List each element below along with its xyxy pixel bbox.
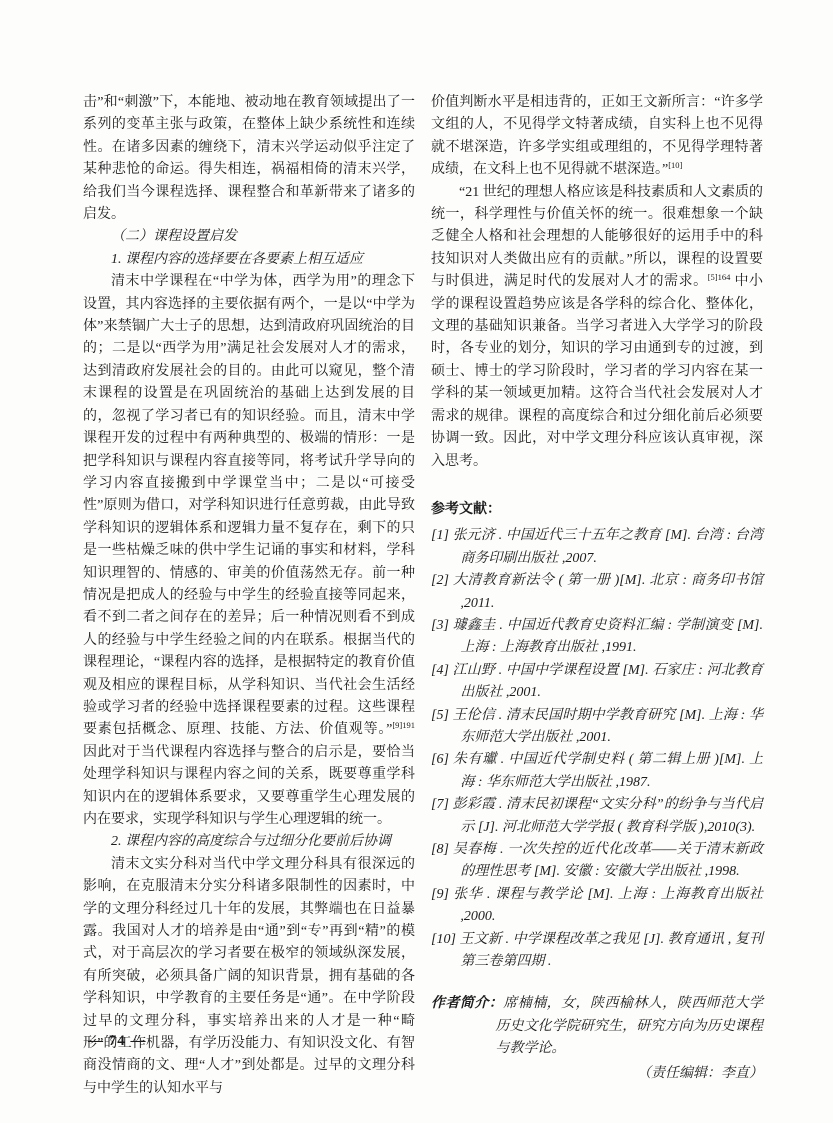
left-column: 击”和“刺激”下，本能地、被动地在教育领域提出了一系列的变革主张与政策，在整体上…	[83, 92, 415, 1100]
page-number: — 74 —	[88, 1033, 147, 1050]
subsection-heading-1: 1. 课程内容的选择要在各要素上相互适应	[83, 249, 415, 271]
reference-number: [8]	[431, 842, 449, 857]
paragraph-text: 价值判断水平是相违背的，正如王文新所言：“许多学文组的人，不见得学文特著成绩，自…	[431, 95, 763, 177]
paragraph-text: 因此对于当代课程内容选择与整合的启示是，要恰当处理学科知识与课程内容之间的关系，…	[83, 745, 415, 827]
reference-text: 张华 . 课程与教学论 [M]. 上海 : 上海教育出版社 ,2000.	[453, 887, 763, 924]
citation-superscript: [9]191	[392, 720, 415, 730]
reference-text: 大清教育新法令 ( 第一册 )[M]. 北京 : 商务印书馆 ,2011.	[453, 573, 763, 610]
paragraph-course-selection: 清末中学课程在“中学为体，西学为用”的理念下设置，其内容选择的主要依据有两个，一…	[83, 271, 415, 831]
editor-note: （责任编辑：李直）	[431, 1063, 763, 1085]
reference-number: [7]	[431, 797, 449, 812]
section-heading: （二）课程设置启发	[83, 226, 415, 248]
reference-item: [6] 朱有瓛 . 中国近代学制史料 ( 第二辑上册 )[M]. 上海 : 华东…	[431, 749, 763, 794]
paragraph-text: 清末中学课程在“中学为体，西学为用”的理念下设置，其内容选择的主要依据有两个，一…	[83, 274, 415, 737]
citation-superscript: [10]	[668, 160, 682, 170]
author-bio-label: 作者简介：	[431, 996, 503, 1011]
reference-item: [8] 吴春梅 . 一次失控的近代化改革——关于清末新政的理性思考 [M]. 安…	[431, 839, 763, 884]
author-bio: 作者简介：席楠楠，女，陕西榆林人，陕西师范大学历史文化学院研究生，研究方向为历史…	[431, 993, 763, 1060]
paragraph-ideal-personality: “21 世纪的理想人格应该是科技素质和人文素质的统一，科学理性与价值关怀的统一。…	[431, 182, 763, 473]
journal-page: 击”和“刺激”下，本能地、被动地在教育领域提出了一系列的变革主张与政策，在整体上…	[0, 0, 833, 1123]
reference-text: 王文新 . 中学课程改革之我见 [J]. 教育通讯 , 复刊第三卷第四期 .	[460, 932, 763, 969]
citation-superscript: [5]164	[708, 272, 731, 282]
reference-text: 江山野 . 中国中学课程设置 [M]. 石家庄 : 河北教育出版社 ,2001.	[453, 663, 763, 700]
reference-item: [5] 王伦信 . 清末民国时期中学教育研究 [M]. 上海 : 华东师范大学出…	[431, 705, 763, 750]
reference-item: [10] 王文新 . 中学课程改革之我见 [J]. 教育通讯 , 复刊第三卷第四…	[431, 929, 763, 974]
reference-number: [2]	[431, 573, 449, 588]
paragraph-continuation: 击”和“刺激”下，本能地、被动地在教育领域提出了一系列的变革主张与政策，在整体上…	[83, 92, 415, 226]
two-column-layout: 击”和“刺激”下，本能地、被动地在教育领域提出了一系列的变革主张与政策，在整体上…	[0, 0, 833, 1100]
reference-number: [5]	[431, 708, 449, 723]
reference-number: [4]	[431, 663, 449, 678]
reference-item: [2] 大清教育新法令 ( 第一册 )[M]. 北京 : 商务印书馆 ,2011…	[431, 570, 763, 615]
reference-item: [9] 张华 . 课程与教学论 [M]. 上海 : 上海教育出版社 ,2000.	[431, 884, 763, 929]
reference-number: [3]	[431, 618, 449, 633]
references-heading: 参考文献：	[431, 499, 763, 521]
reference-text: 王伦信 . 清末民国时期中学教育研究 [M]. 上海 : 华东师范大学出版社 ,…	[453, 708, 763, 745]
subsection-heading-2: 2. 课程内容的高度综合与过细分化要前后协调	[83, 831, 415, 853]
reference-number: [10]	[431, 932, 456, 947]
reference-number: [6]	[431, 752, 449, 767]
reference-text: 张元济 . 中国近代三十五年之教育 [M]. 台湾 : 台湾商务印刷出版社 ,2…	[453, 528, 763, 565]
paragraph-continuation: 价值判断水平是相违背的，正如王文新所言：“许多学文组的人，不见得学文特著成绩，自…	[431, 92, 763, 182]
reference-item: [1] 张元济 . 中国近代三十五年之教育 [M]. 台湾 : 台湾商务印刷出版…	[431, 525, 763, 570]
reference-text: 彭彩霞 . 清末民初课程“文实分科”的纷争与当代启示 [J]. 河北师范大学学报…	[453, 797, 763, 834]
reference-text: 璩鑫圭 . 中国近代教育史资料汇编 : 学制演变 [M]. 上海 : 上海教育出…	[453, 618, 763, 655]
reference-item: [7] 彭彩霞 . 清末民初课程“文实分科”的纷争与当代启示 [J]. 河北师范…	[431, 794, 763, 839]
reference-text: 吴春梅 . 一次失控的近代化改革——关于清末新政的理性思考 [M]. 安徽 : …	[453, 842, 763, 879]
reference-number: [1]	[431, 528, 449, 543]
paragraph-text: 中小学的课程设置趋势应该是各学科的综合化、整体化，文理的基础知识兼备。当学习者进…	[431, 274, 763, 468]
reference-number: [9]	[431, 887, 449, 902]
paragraph-integration: 清末文实分科对当代中学文理分科具有很深远的影响，在克服清末分实分科诸多限制性的因…	[83, 854, 415, 1100]
right-column: 价值判断水平是相违背的，正如王文新所言：“许多学文组的人，不见得学文特著成绩，自…	[431, 92, 763, 1100]
author-bio-text: 席楠楠，女，陕西榆林人，陕西师范大学历史文化学院研究生，研究方向为历史课程与教学…	[495, 996, 763, 1056]
references-list: [1] 张元济 . 中国近代三十五年之教育 [M]. 台湾 : 台湾商务印刷出版…	[431, 525, 763, 973]
reference-text: 朱有瓛 . 中国近代学制史料 ( 第二辑上册 )[M]. 上海 : 华东师范大学…	[453, 752, 763, 789]
reference-item: [4] 江山野 . 中国中学课程设置 [M]. 石家庄 : 河北教育出版社 ,2…	[431, 660, 763, 705]
reference-item: [3] 璩鑫圭 . 中国近代教育史资料汇编 : 学制演变 [M]. 上海 : 上…	[431, 615, 763, 660]
